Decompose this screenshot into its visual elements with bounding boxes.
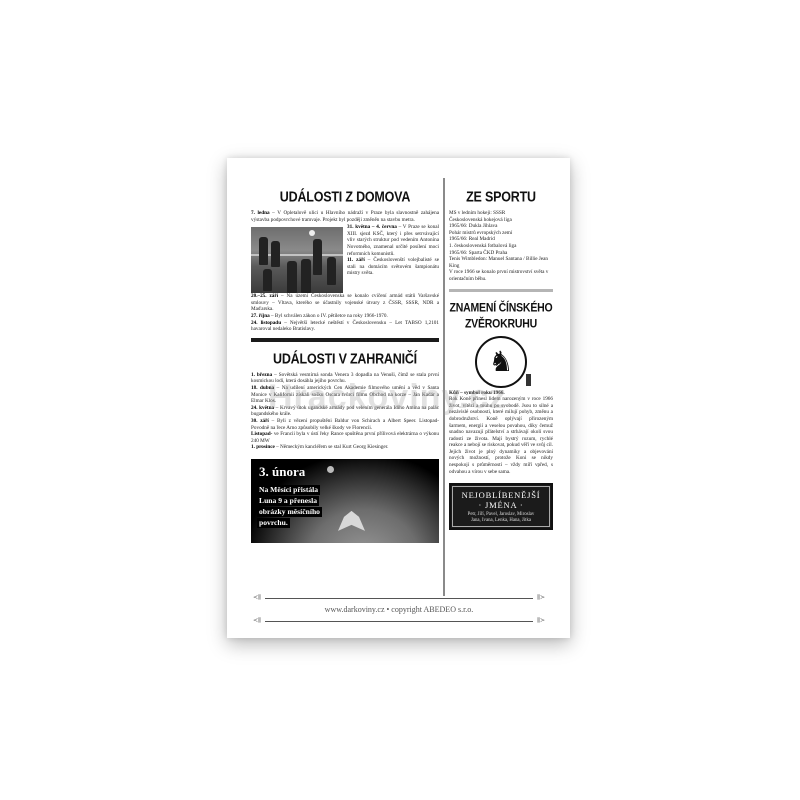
foreign-entry: 24. května – Krvavý útok ugandské armády… xyxy=(251,405,439,418)
foreign-heading: UDÁLOSTI V ZAHRANIČÍ xyxy=(251,351,439,367)
foreign-entry: 1. března – Sovětská vesmírná sonda Vene… xyxy=(251,372,439,385)
foreign-entry: 18. dubna – Na udílení amerických Cen Ak… xyxy=(251,385,439,405)
footer: ≺⫼ ⫼≻ www.darkoviny.cz • copyright ABEDE… xyxy=(251,596,547,624)
planet-icon xyxy=(327,466,334,473)
section-divider xyxy=(449,289,553,292)
foreign-entry: 30. září – Byli z vězení propuštěni Bald… xyxy=(251,418,439,431)
ornament-right-icon: ⫼≻ xyxy=(537,617,545,625)
sport-list: MS v ledním hokeji: SSSR Československá … xyxy=(449,210,553,283)
column-divider xyxy=(443,178,445,596)
left-column: UDÁLOSTI Z DOMOVA 7. ledna – V Opletalov… xyxy=(251,180,439,543)
sport-heading: ZE SPORTU xyxy=(449,189,553,205)
ornament-rule: ≺⫼ ⫼≻ xyxy=(251,596,547,601)
right-column: ZE SPORTU MS v ledním hokeji: SSSR Česko… xyxy=(449,180,553,530)
ornament-left-icon: ≺⫼ xyxy=(253,617,261,625)
domestic-entry: 20.–25. září – Na území Československa s… xyxy=(251,293,439,313)
domestic-entry: 31. května – 4. června – V Praze se kona… xyxy=(347,224,439,257)
section-divider xyxy=(251,338,439,342)
newspaper-page: UDÁLOSTI Z DOMOVA 7. ledna – V Opletalov… xyxy=(227,158,570,638)
moon-banner-caption: Na Měsíci přistála Luna 9 a přenesla obr… xyxy=(257,485,322,528)
tag-icon xyxy=(526,374,531,386)
horse-icon: ♞ xyxy=(475,336,527,388)
ornament-left-icon: ≺⫼ xyxy=(253,594,261,602)
zodiac-subtitle: Kůň – symbol roku 1966. xyxy=(449,390,553,397)
ornament-rule: ≺⫼ ⫼≻ xyxy=(251,619,547,624)
lunar-lander-icon xyxy=(335,511,365,531)
zodiac-text: Rok Koně přinesl lidem narozeným v roce … xyxy=(449,396,553,475)
moon-banner-date: 3. února xyxy=(259,464,305,480)
foreign-entry: Listopad- ve Francii byla v ústí řeky Ra… xyxy=(251,431,439,444)
domestic-heading: UDÁLOSTI Z DOMOVA xyxy=(251,189,439,205)
domestic-entry: 11. září – Českoslovenští volejbalisté s… xyxy=(347,257,439,277)
moon-landing-banner: 3. února Na Měsíci přistála Luna 9 a pře… xyxy=(251,459,439,543)
domestic-entry: 24. listopadu – Největší letecké neštěst… xyxy=(251,320,439,333)
footer-copyright: www.darkoviny.cz • copyright ABEDEO s.r.… xyxy=(251,605,547,614)
ornament-right-icon: ⫼≻ xyxy=(537,594,545,602)
foreign-entry: 1. prosince – Německým kancléřem se stal… xyxy=(251,444,439,451)
popular-names-box: NEJOBLÍBENĚJŠÍ · JMÉNA · Petr, Jiří, Pav… xyxy=(449,483,553,530)
domestic-entry: 27. října – Byl schválen zákon o IV. pět… xyxy=(251,313,439,320)
zodiac-heading: ZNAMENÍ ČÍNSKÉHO ZVĚROKRUHU xyxy=(449,299,553,331)
domestic-entry: 7. ledna – V Opletalově ulici u Hlavního… xyxy=(251,210,439,223)
domestic-photo-block: 31. května – 4. června – V Praze se kona… xyxy=(251,224,439,293)
volleyball-photo-icon xyxy=(251,227,343,293)
